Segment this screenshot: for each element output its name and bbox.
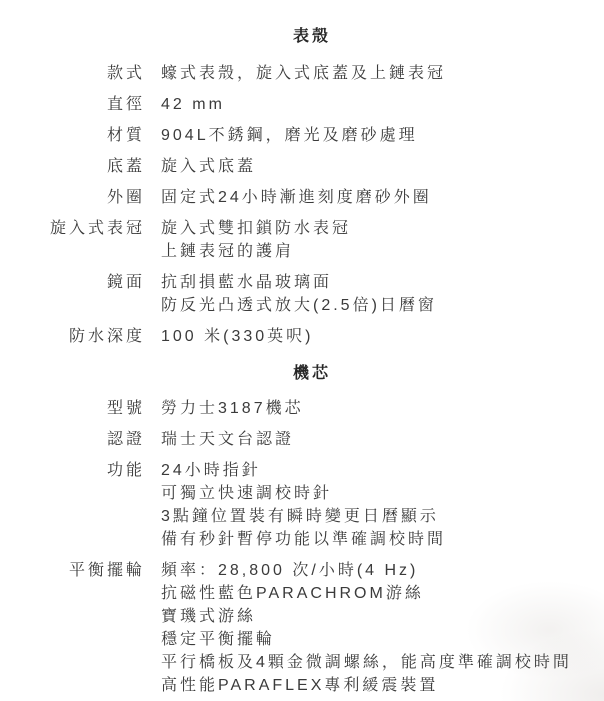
spec-row-caseback: 底蓋 旋入式底蓋 — [0, 155, 604, 178]
spec-value-line: 蠔式表殼，旋入式底蓋及上鏈表冠 — [161, 62, 604, 85]
case-spec-list: 款式 蠔式表殼，旋入式底蓋及上鏈表冠 直徑 42 mm 材質 904L不銹鋼，磨… — [0, 62, 604, 348]
spec-row-winding-crown: 旋入式表冠 旋入式雙扣鎖防水表冠 上鏈表冠的護肩 — [0, 217, 604, 263]
spec-label: 型號 — [0, 397, 145, 420]
spec-label: 平衡擺輪 — [0, 559, 145, 582]
spec-value-line: 平行橋板及4顆金微調螺絲，能高度準確調校時間 — [161, 651, 604, 674]
spec-row-bezel: 外圈 固定式24小時漸進刻度磨砂外圈 — [0, 186, 604, 209]
spec-label: 直徑 — [0, 93, 145, 116]
spec-value-line: 抗刮損藍水晶玻璃面 — [161, 271, 604, 294]
spec-row-water-resistance: 防水深度 100 米(330英呎) — [0, 325, 604, 348]
spec-value: 42 mm — [161, 93, 604, 116]
spec-value: 頻率：28,800 次/小時(4 Hz) 抗磁性藍色PARACHROM游絲 寶璣… — [161, 559, 604, 697]
spec-value-line: 旋入式雙扣鎖防水表冠 — [161, 217, 604, 240]
spec-label: 認證 — [0, 428, 145, 451]
spec-value-line: 上鏈表冠的護肩 — [161, 240, 604, 263]
spec-value: 904L不銹鋼，磨光及磨砂處理 — [161, 124, 604, 147]
spec-row-functions: 功能 24小時指針 可獨立快速調校時針 3點鐘位置裝有瞬時變更日曆顯示 備有秒針… — [0, 459, 604, 551]
spec-value-line: 穩定平衡擺輪 — [161, 628, 604, 651]
watch-spec-sheet: 表殼 款式 蠔式表殼，旋入式底蓋及上鏈表冠 直徑 42 mm 材質 904L不銹… — [0, 0, 604, 701]
spec-value-line: 24小時指針 — [161, 459, 604, 482]
spec-value-line: 固定式24小時漸進刻度磨砂外圈 — [161, 186, 604, 209]
section-title-case: 表殼 — [10, 25, 604, 48]
spec-value-line: 防反光凸透式放大(2.5倍)日曆窗 — [161, 294, 604, 317]
spec-value: 瑞士天文台認證 — [161, 428, 604, 451]
movement-spec-list: 型號 勞力士3187機芯 認證 瑞士天文台認證 功能 24小時指針 可獨立快速調… — [0, 397, 604, 697]
spec-label: 底蓋 — [0, 155, 145, 178]
spec-value-line: 旋入式底蓋 — [161, 155, 604, 178]
spec-value-line: 抗磁性藍色PARACHROM游絲 — [161, 582, 604, 605]
spec-row-certification: 認證 瑞士天文台認證 — [0, 428, 604, 451]
spec-value: 旋入式底蓋 — [161, 155, 604, 178]
spec-row-material: 材質 904L不銹鋼，磨光及磨砂處理 — [0, 124, 604, 147]
spec-value-line: 瑞士天文台認證 — [161, 428, 604, 451]
spec-row-calibre: 型號 勞力士3187機芯 — [0, 397, 604, 420]
spec-value-line: 3點鐘位置裝有瞬時變更日曆顯示 — [161, 505, 604, 528]
spec-label: 材質 — [0, 124, 145, 147]
spec-value-line: 可獨立快速調校時針 — [161, 482, 604, 505]
spec-label: 防水深度 — [0, 325, 145, 348]
spec-value-line: 頻率：28,800 次/小時(4 Hz) — [161, 559, 604, 582]
spec-label: 旋入式表冠 — [0, 217, 145, 240]
spec-value: 100 米(330英呎) — [161, 325, 604, 348]
spec-value: 抗刮損藍水晶玻璃面 防反光凸透式放大(2.5倍)日曆窗 — [161, 271, 604, 317]
spec-value-line: 904L不銹鋼，磨光及磨砂處理 — [161, 124, 604, 147]
spec-value-line: 高性能PARAFLEX專利緩震裝置 — [161, 674, 604, 697]
spec-value-line: 備有秒針暫停功能以準確調校時間 — [161, 528, 604, 551]
spec-value: 旋入式雙扣鎖防水表冠 上鏈表冠的護肩 — [161, 217, 604, 263]
spec-value: 蠔式表殼，旋入式底蓋及上鏈表冠 — [161, 62, 604, 85]
spec-value: 24小時指針 可獨立快速調校時針 3點鐘位置裝有瞬時變更日曆顯示 備有秒針暫停功… — [161, 459, 604, 551]
spec-label: 功能 — [0, 459, 145, 482]
spec-row-diameter: 直徑 42 mm — [0, 93, 604, 116]
spec-row-balance-wheel: 平衡擺輪 頻率：28,800 次/小時(4 Hz) 抗磁性藍色PARACHROM… — [0, 559, 604, 697]
spec-label: 款式 — [0, 62, 145, 85]
spec-value-line: 寶璣式游絲 — [161, 605, 604, 628]
spec-value: 固定式24小時漸進刻度磨砂外圈 — [161, 186, 604, 209]
spec-row-crystal: 鏡面 抗刮損藍水晶玻璃面 防反光凸透式放大(2.5倍)日曆窗 — [0, 271, 604, 317]
spec-label: 外圈 — [0, 186, 145, 209]
spec-label: 鏡面 — [0, 271, 145, 294]
spec-value: 勞力士3187機芯 — [161, 397, 604, 420]
spec-value-line: 勞力士3187機芯 — [161, 397, 604, 420]
spec-row-case-style: 款式 蠔式表殼，旋入式底蓋及上鏈表冠 — [0, 62, 604, 85]
spec-value-line: 100 米(330英呎) — [161, 325, 604, 348]
section-title-movement: 機芯 — [10, 362, 604, 385]
spec-value-line: 42 mm — [161, 93, 604, 116]
